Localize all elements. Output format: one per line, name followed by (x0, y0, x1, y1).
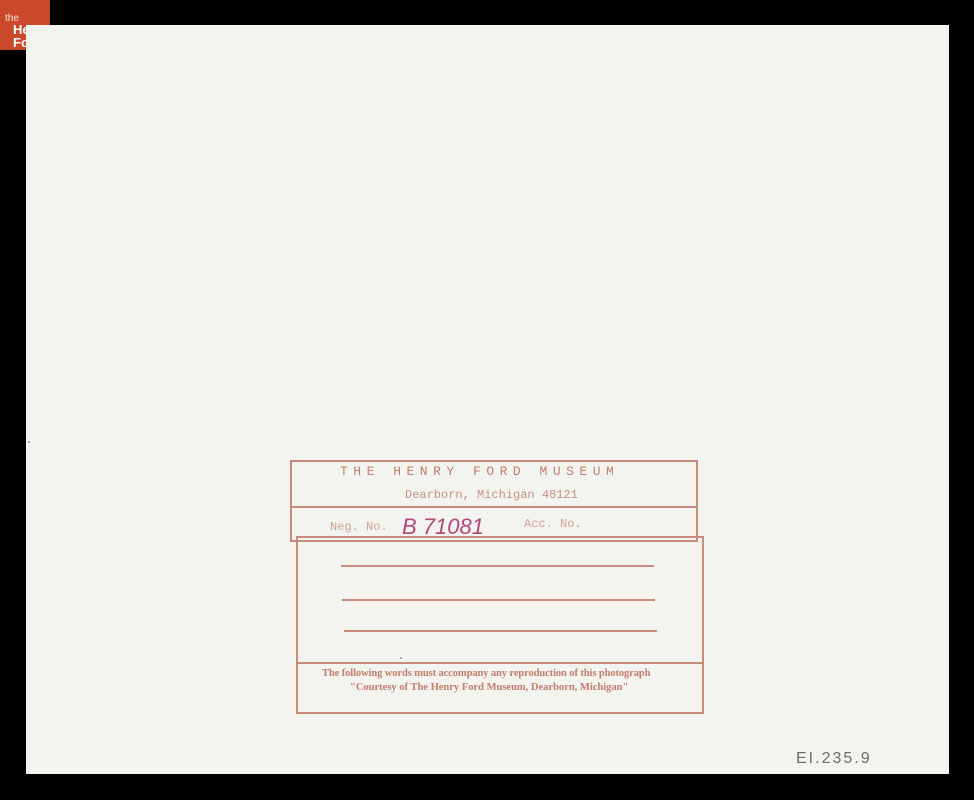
stamp-footer-divider (298, 662, 702, 664)
stamp-divider (292, 506, 696, 508)
neg-no-value: B 71081 (402, 514, 484, 540)
stamp-footer-credit: "Courtesy of The Henry Ford Museum, Dear… (350, 682, 628, 693)
blank-line-3 (344, 630, 657, 632)
accession-number: EI.235.9 (796, 750, 872, 768)
stamp-title: THE HENRY FORD MUSEUM (340, 464, 619, 479)
blank-line-1 (341, 565, 654, 567)
acc-no-label: Acc. No. (524, 517, 582, 531)
neg-no-label: Neg. No. (330, 520, 388, 534)
museum-stamp: THE HENRY FORD MUSEUM Dearborn, Michigan… (290, 456, 707, 712)
stamp-footer-notice: The following words must accompany any r… (322, 668, 650, 679)
blank-line-2 (342, 599, 655, 601)
stamp-address: Dearborn, Michigan 48121 (405, 488, 578, 502)
speck (28, 441, 30, 443)
